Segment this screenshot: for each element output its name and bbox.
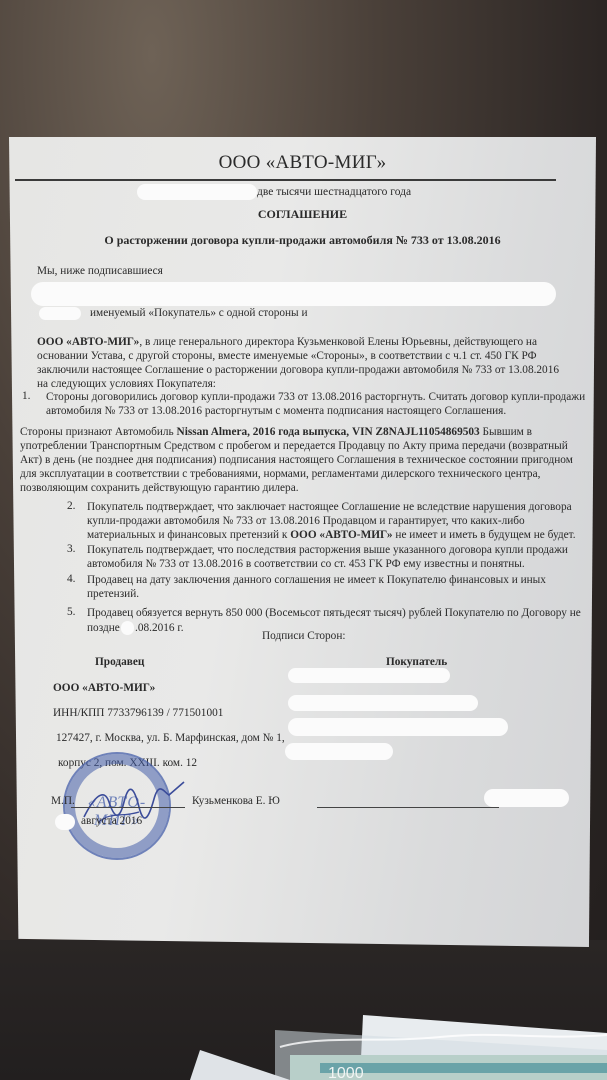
redaction-buyer-signer (484, 789, 569, 807)
signatures-heading: Подписи Сторон: (262, 629, 346, 644)
clause-1-line1: Стороны договорились договор купли-прода… (46, 390, 585, 405)
clause-4-line1: Продавец на дату заключения данного согл… (87, 573, 546, 588)
seller-paragraph-line2: основании Устава, с другой стороны, вмес… (37, 349, 537, 364)
vehicle-paragraph-line4: для эксплуатации в соответствии с требов… (20, 467, 540, 482)
banknote-denomination: 1000 (328, 1065, 364, 1080)
clause-2-company-bold: ООО «АВТО-МИГ» (290, 529, 392, 541)
cash-bundle: 1000 (260, 1015, 607, 1080)
clause-3-number: 3. (67, 543, 75, 555)
redaction-sign-day (55, 814, 75, 830)
clause-5-line1: Продавец обязуется вернуть 850 000 (Восе… (87, 606, 581, 621)
paper-corner (190, 1050, 290, 1080)
clause-2-line3: материальных и финансовых претензий к ОО… (87, 528, 576, 543)
document-heading: СОГЛАШЕНИЕ (9, 207, 596, 222)
clause-1-line2: автомобиля № 733 от 13.08.2016 расторгну… (46, 404, 506, 419)
vehicle-paragraph-line3: Акт) в день (не позднее дня подписания) … (20, 453, 573, 468)
clause-1-number: 1. (22, 390, 30, 402)
clause-4-number: 4. (67, 573, 75, 585)
clause-4-line2: претензий. (87, 587, 139, 602)
seller-signature-line (71, 807, 185, 808)
seller-company: ООО «АВТО-МИГ» (53, 681, 155, 696)
redaction-buyer-line4 (285, 743, 393, 760)
seller-inn-kpp: ИНН/КПП 7733796139 / 771501001 (53, 706, 223, 721)
seller-paragraph-line1: ООО «АВТО-МИГ», в лице генерального дире… (37, 335, 537, 350)
clause-5-number: 5. (67, 606, 75, 618)
redaction-buyer-name (31, 282, 556, 306)
vehicle-paragraph-line2: употреблении Транспортным Средством с пр… (20, 439, 568, 454)
header-rule (15, 179, 556, 181)
vehicle-paragraph-line5: позволяющим сохранить действующую гарант… (20, 481, 299, 496)
vehicle-details-bold: Nissan Almera, 2016 года выпуска, VIN Z8… (177, 426, 480, 438)
seller-address-line1: 127427, г. Москва, ул. Б. Марфинская, до… (56, 731, 285, 746)
seller-company-bold: ООО «АВТО-МИГ» (37, 336, 139, 348)
redaction-buyer-line3 (288, 718, 508, 736)
clause-5-line2-start: поздне (87, 621, 120, 636)
buyer-named-text: именуемый «Покупатель» с одной стороны и (90, 306, 308, 321)
redaction-buyer-line1 (288, 668, 450, 683)
clause-5-line2-end: .08.2016 г. (135, 621, 184, 636)
redaction-buyer-prefix (39, 307, 81, 320)
seller-signer-name: Кузьменкова Е. Ю (192, 794, 280, 809)
clause-2-number: 2. (67, 500, 75, 512)
company-header: ООО «АВТО-МИГ» (9, 152, 596, 174)
clause-2-line2: купли-продажи автомобиля № 733 от 13.08.… (87, 514, 525, 529)
intro-text: Мы, ниже подписавшиеся (37, 264, 163, 279)
redaction-return-day (121, 621, 134, 635)
seller-title: Продавец (95, 655, 144, 670)
vehicle-paragraph-line1: Стороны признают Автомобиль Nissan Almer… (20, 425, 532, 440)
seller-sign-date: августа 2016 (81, 814, 142, 829)
document-subheading: О расторжении договора купли-продажи авт… (9, 233, 596, 248)
seller-paragraph-line3: заключили настоящее Соглашение о расторж… (37, 363, 559, 378)
redaction-date (137, 184, 257, 200)
clause-3-line2: автомобиля № 733 от 13.08.2016 в соответ… (87, 557, 525, 572)
redaction-buyer-line2 (288, 695, 478, 711)
clause-2-line1: Покупатель подтверждает, что заключает н… (87, 500, 572, 515)
clause-3-line1: Покупатель подтверждает, что последствия… (87, 543, 568, 558)
document-page: ООО «АВТО-МИГ» две тысячи шестнадцатого … (9, 137, 596, 947)
date-line: две тысячи шестнадцатого года (257, 186, 411, 198)
buyer-signature-line (317, 807, 499, 808)
